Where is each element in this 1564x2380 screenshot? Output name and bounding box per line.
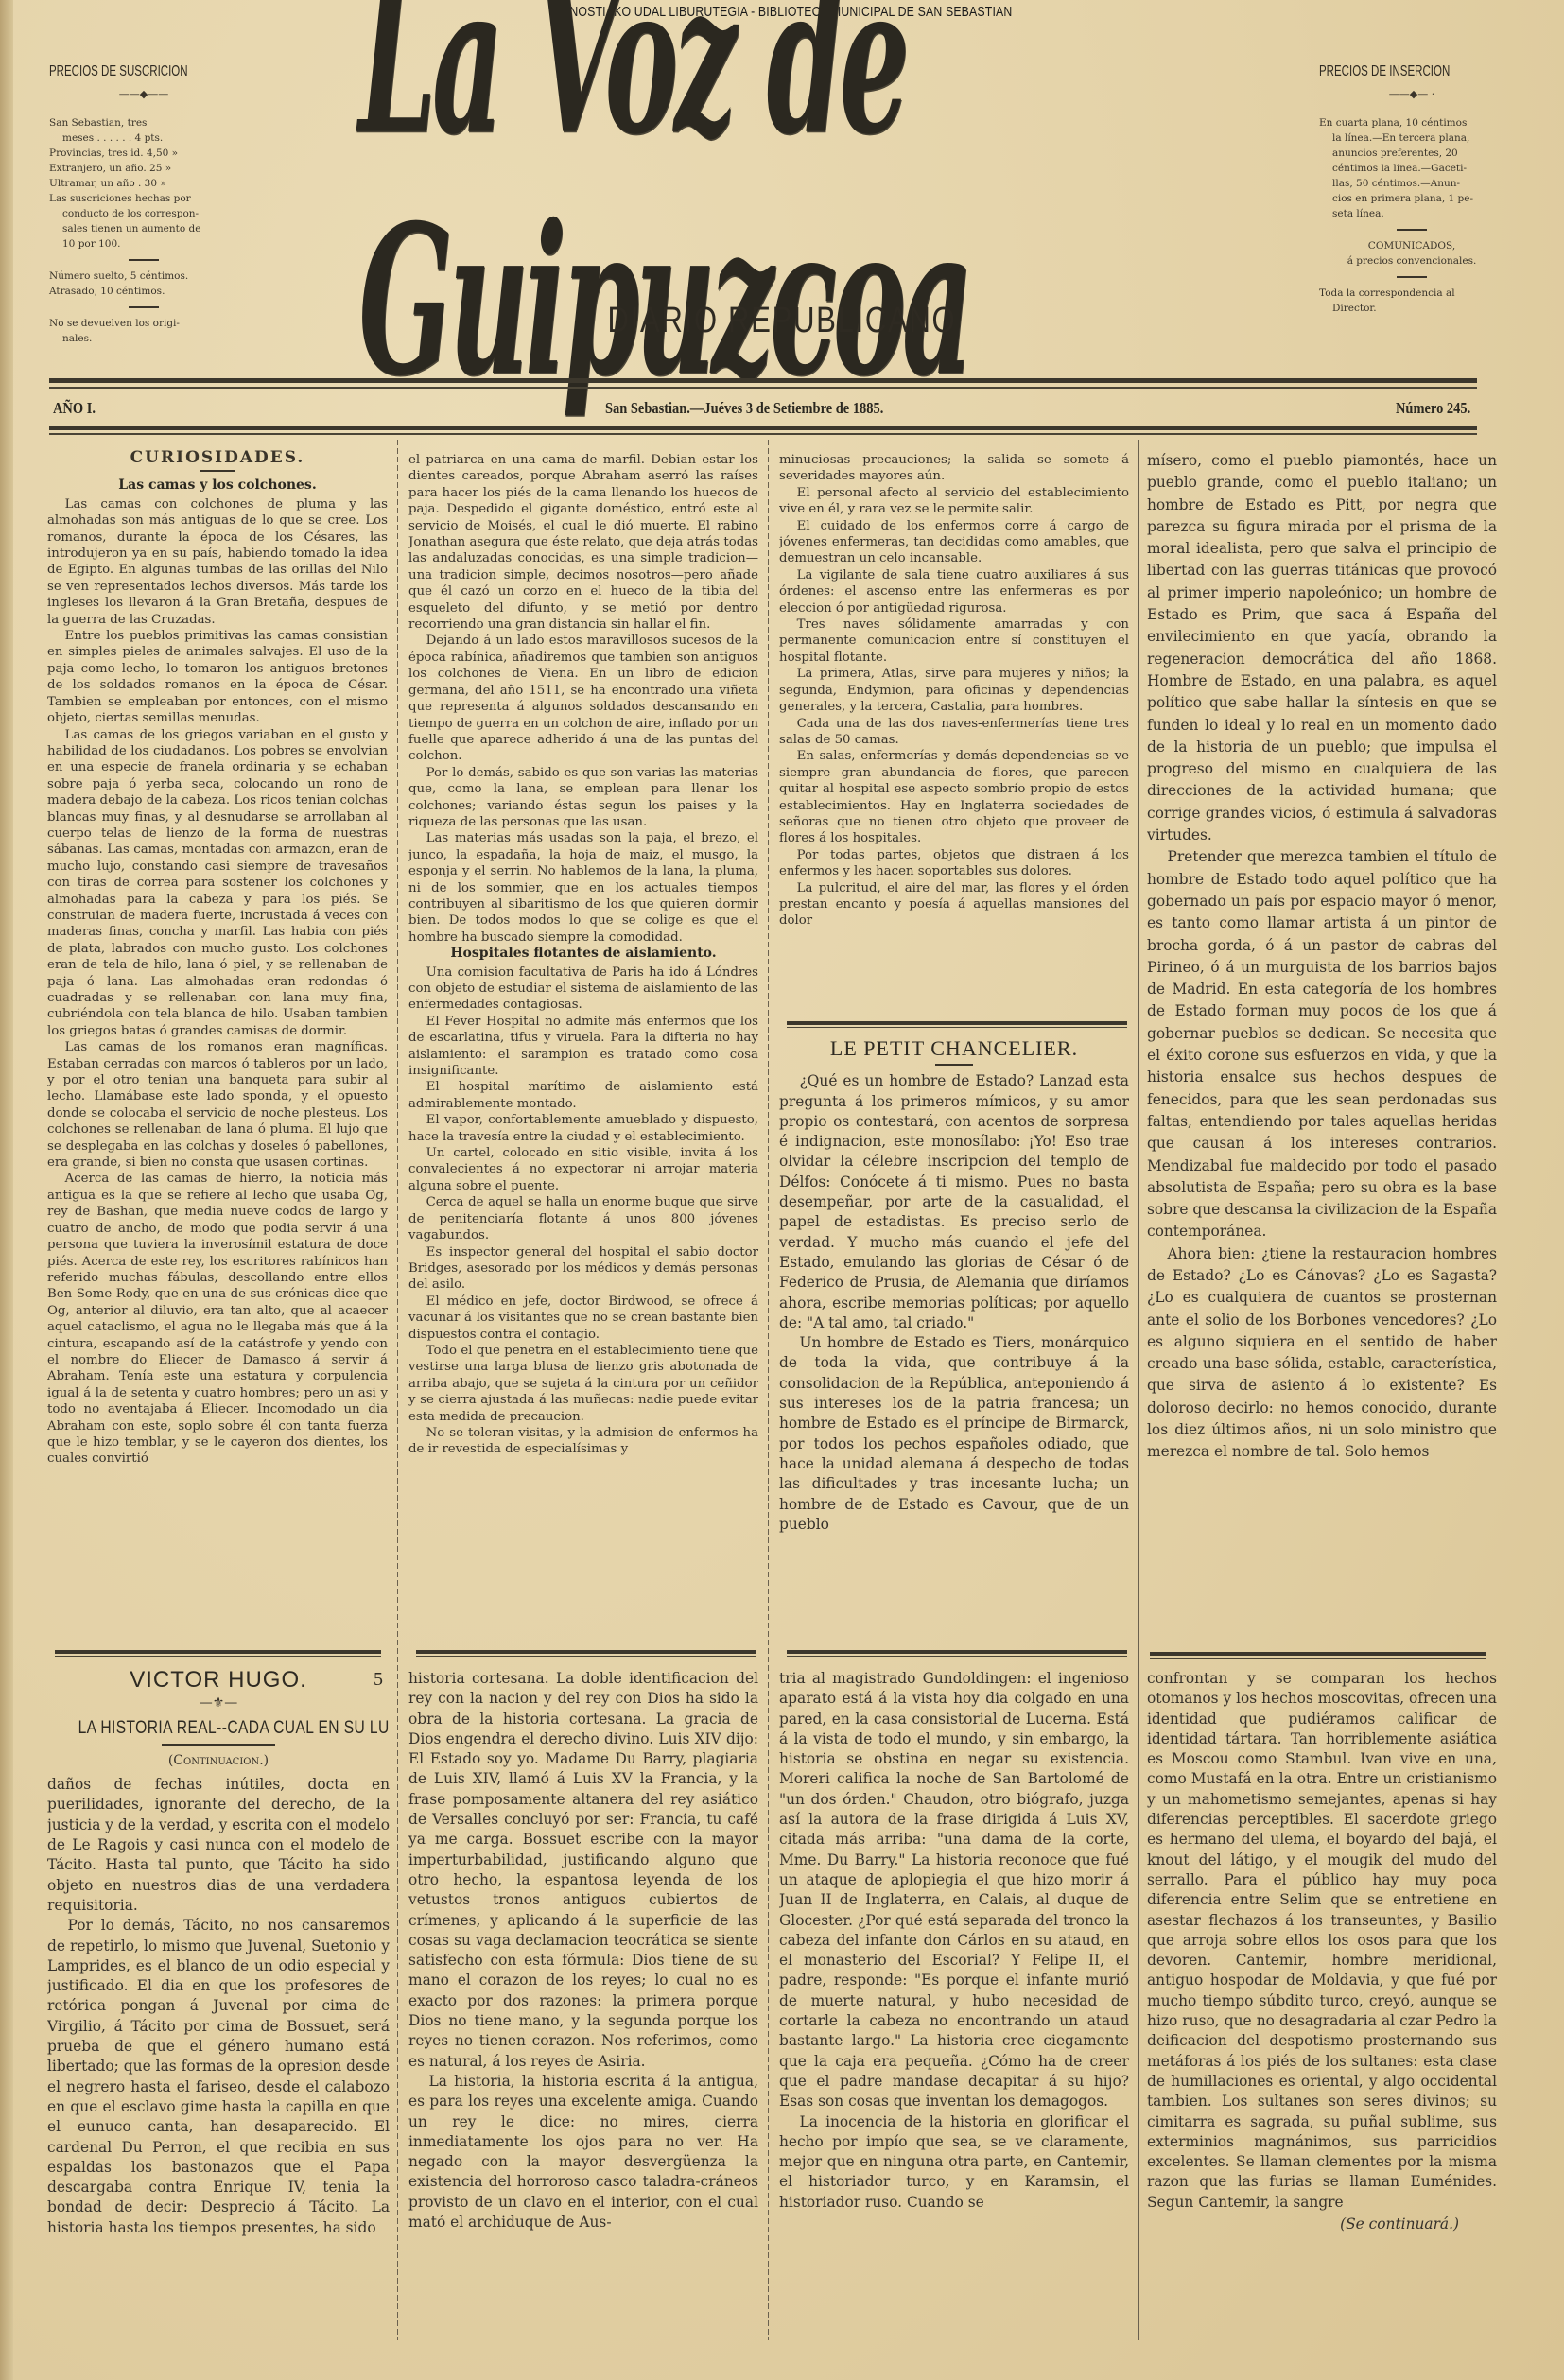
paragraph: Ahora bien: ¿tiene la restauracion hombr… [1147, 1243, 1497, 1464]
paragraph: Entre los pueblos primitivas las camas c… [47, 628, 388, 726]
divider [935, 1064, 973, 1066]
paragraph: En salas, enfermerías y demás dependenci… [779, 748, 1129, 846]
ornament-icon: —⚜— [47, 1694, 390, 1713]
ornament-icon: ——◆—— [49, 87, 238, 102]
paragraph: Las camas de los griegos variaban en el … [47, 727, 388, 1040]
section-rule [787, 1021, 1127, 1028]
communicated-title: COMUNICADOS, [1319, 238, 1504, 253]
serial-author: VICTOR HUGO. 5 [47, 1670, 390, 1690]
price-line: conducto de los correspon- [49, 206, 238, 221]
page-binding-edge [0, 0, 13, 2380]
paragraph: ¿Qué es un hombre de Estado? Lanzad esta… [779, 1071, 1129, 1333]
paragraph: Acerca de las camas de hierro, la notici… [47, 1171, 388, 1467]
paragraph: daños de fechas inútiles, docta en pueri… [47, 1775, 390, 1916]
column-3-upper: minuciosas precauciones; la salida se so… [779, 452, 1129, 1019]
paragraph: tria al magistrado Gundoldingen: el inge… [779, 1669, 1129, 2112]
masthead-rule-bottom-thin [49, 433, 1477, 435]
paragraph: El médico en jefe, doctor Birdwood, se o… [408, 1294, 758, 1343]
paragraph: Un cartel, colocado en sitio visible, in… [408, 1145, 758, 1194]
article-title: Las camas y los colchones. [47, 478, 388, 494]
price-line: céntimos la línea.—Gaceti- [1319, 161, 1504, 176]
price-line: meses . . . . . . 4 pts. [49, 130, 238, 146]
newspaper-subtitle: DIARIO REPUBLICANO [141, 301, 1423, 341]
paragraph: No se toleran visitas, y la admision de … [408, 1425, 758, 1458]
subscription-prices-title: PRECIOS DE SUSCRICION [49, 64, 185, 79]
continuation-label: (Continuacion.) [47, 1751, 390, 1771]
issue-number: Número 245. [1396, 399, 1470, 418]
author-name: VICTOR HUGO. [130, 1667, 307, 1693]
paragraph: Las camas con colchones de pluma y las a… [47, 496, 388, 628]
single-issue-price: Número suelto, 5 céntimos. [49, 269, 238, 284]
price-line: sales tienen un aumento de [49, 221, 238, 236]
price-line: la línea.—En tercera plana, [1319, 130, 1504, 146]
price-line: Provincias, tres id. 4,50 » [49, 146, 238, 161]
section-rule [787, 1650, 1127, 1657]
paragraph: El Fever Hospital no admite más enfermos… [408, 1014, 758, 1080]
serial-column-2: historia cortesana. La doble identificac… [408, 1669, 758, 2321]
insertion-prices-title: PRECIOS DE INSERCION [1319, 64, 1452, 79]
newspaper-title-logo: La Voz de Guipuzcoa [241, 62, 1310, 299]
paragraph: Todo el que penetra en el establecimient… [408, 1343, 758, 1425]
paragraph: La inocencia de la historia en glorifica… [779, 2112, 1129, 2213]
paragraph: La primera, Atlas, sirve para mujeres y … [779, 666, 1129, 715]
paragraph: Las camas de los romanos eran magníficas… [47, 1039, 388, 1171]
serial-title: LA HISTORIA REAL--CADA CUAL EN SU LUGAR [78, 1718, 359, 1738]
column-3-chancelier: LE PETIT CHANCELIER. ¿Qué es un hombre d… [779, 1031, 1129, 1640]
masthead-rule-top [49, 378, 1477, 383]
paragraph: El hospital marítimo de aislamiento está… [408, 1079, 758, 1112]
price-line: anuncios preferentes, 20 [1319, 146, 1504, 161]
newspaper-title: La Voz de Guipuzcoa [358, 0, 1191, 422]
serial-column-4: confrontan y se comparan los hechos otom… [1147, 1669, 1497, 2350]
paragraph: La pulcritud, el aire del mar, las flore… [779, 880, 1129, 929]
column-divider [397, 440, 398, 2340]
price-line: En cuarta plana, 10 céntimos [1319, 115, 1504, 130]
paragraph: Por todas partes, objetos que distraen á… [779, 847, 1129, 880]
dateline: AÑO I. San Sebastian.—Juéves 3 de Setiem… [49, 397, 1477, 420]
column-1-upper: CURIOSIDADES. Las camas y los colchones.… [47, 441, 388, 1642]
divider [129, 259, 159, 261]
section-rule [416, 1650, 756, 1657]
price-line: Extranjero, un año. 25 » [49, 161, 238, 176]
paragraph: Un hombre de Estado es Tiers, monárquico… [779, 1333, 1129, 1535]
paragraph: Pretender que merezca tambien el título … [1147, 846, 1497, 1242]
price-line: 10 por 100. [49, 236, 238, 252]
communicated-text: á precios convencionales. [1319, 253, 1504, 269]
paragraph: Cerca de aquel se halla un enorme buque … [408, 1194, 758, 1243]
column-divider [768, 440, 769, 2340]
paragraph: Por lo demás, Tácito, no nos cansaremos … [47, 1916, 390, 2238]
divider [200, 470, 235, 472]
back-issue-price: Atrasado, 10 céntimos. [49, 284, 238, 299]
paragraph: el patriarca en una cama de marfil. Debi… [408, 452, 758, 633]
section-rule [55, 1650, 381, 1657]
paragraph: El cuidado de los enfermos corre á cargo… [779, 518, 1129, 567]
column-divider [1138, 440, 1139, 2340]
section-heading: CURIOSIDADES. [47, 450, 388, 466]
price-line: seta línea. [1319, 206, 1504, 221]
paragraph: minuciosas precauciones; la salida se so… [779, 452, 1129, 485]
divider [1397, 229, 1427, 231]
section-heading: LE PETIT CHANCELIER. [779, 1038, 1129, 1058]
year-label: AÑO I. [53, 399, 96, 418]
paragraph: confrontan y se comparan los hechos otom… [1147, 1669, 1497, 2213]
column-2-upper: el patriarca en una cama de marfil. Debi… [408, 452, 758, 1640]
paragraph: El personal afecto al servicio del estab… [779, 485, 1129, 518]
paragraph: La vigilante de sala tiene cuatro auxili… [779, 567, 1129, 617]
installment-number: 5 [374, 1670, 384, 1690]
price-line: Ultramar, un año . 30 » [49, 176, 238, 191]
price-line: cios en primera plana, 1 pe- [1319, 191, 1504, 206]
paragraph: Por lo demás, sabido es que son varias l… [408, 765, 758, 831]
paragraph: El vapor, confortablemente amueblado y d… [408, 1112, 758, 1145]
masthead-rule-top-thin [49, 387, 1477, 389]
paragraph: Es inspector general del hospital el sab… [408, 1244, 758, 1294]
correspondence-note: Toda la correspondencia al [1319, 286, 1504, 301]
price-line: llas, 50 céntimos.—Anun- [1319, 176, 1504, 191]
paragraph: Dejando á un lado estos maravillosos suc… [408, 633, 758, 764]
section-rule [1150, 1652, 1486, 1659]
paragraph: Tres naves sólidamente amarradas y con p… [779, 617, 1129, 666]
paragraph: Cada una de las dos naves-enfermerías ti… [779, 716, 1129, 749]
serial-column-1: VICTOR HUGO. 5 —⚜— LA HISTORIA REAL--CAD… [47, 1664, 390, 2326]
masthead-rule-bottom [49, 426, 1477, 430]
price-line: Las suscriciones hechas por [49, 191, 238, 206]
ornament-icon: ——◆— · [1319, 87, 1504, 102]
serial-column-3: tria al magistrado Gundoldingen: el inge… [779, 1669, 1129, 2321]
to-be-continued: (Se continuará.) [1147, 2215, 1497, 2234]
paragraph: La historia, la historia escrita á la an… [408, 2072, 758, 2232]
paragraph: historia cortesana. La doble identificac… [408, 1669, 758, 2072]
insertion-prices-box: PRECIOS DE INSERCION ——◆— · En cuarta pl… [1319, 64, 1504, 316]
paragraph: mísero, como el pueblo piamontés, hace u… [1147, 450, 1497, 846]
divider [162, 1744, 275, 1746]
paragraph: Una comision facultativa de Paris ha ido… [408, 964, 758, 1014]
place-date: San Sebastian.—Juéves 3 de Setiembre de … [605, 399, 883, 418]
divider [1397, 276, 1427, 278]
correspondence-note-cont: Director. [1319, 301, 1504, 316]
article-title: Hospitales flotantes de aislamiento. [408, 946, 758, 962]
column-4-upper: mísero, como el pueblo piamontés, hace u… [1147, 450, 1497, 1640]
price-line: San Sebastian, tres [49, 115, 238, 130]
paragraph: Las materias más usadas son la paja, el … [408, 830, 758, 946]
